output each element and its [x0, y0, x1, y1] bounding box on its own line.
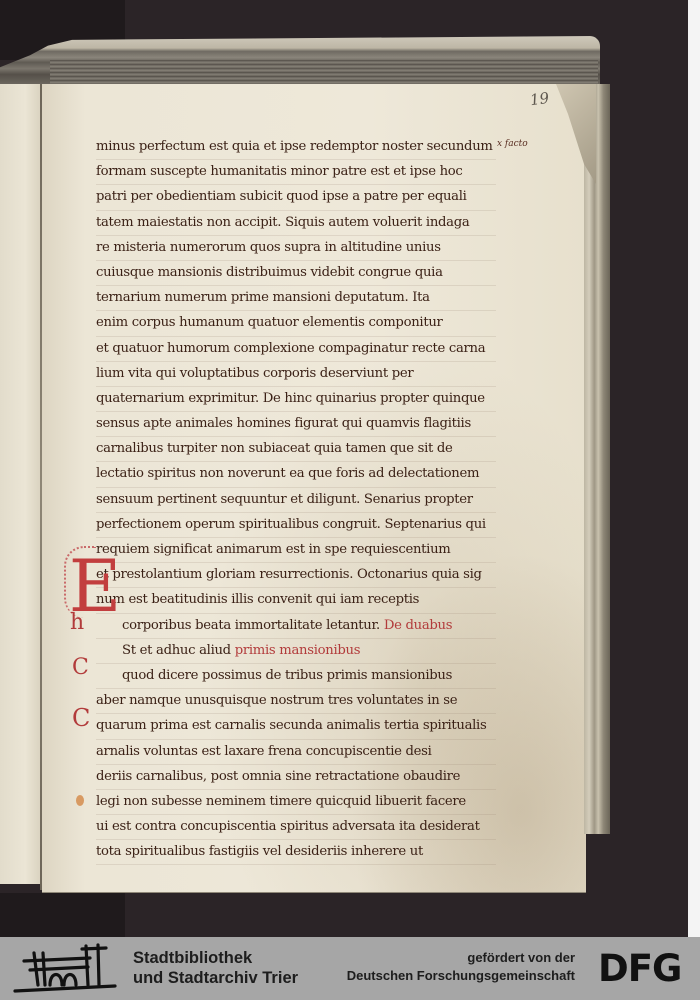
background-shadow-bottom	[0, 893, 125, 937]
library-name: Stadtbibliothek und Stadtarchiv Trier	[133, 948, 298, 988]
line-text: enim corpus humanum quatuor elementis co…	[96, 315, 443, 330]
line-text: lectatio spiritus non noverunt ea que fo…	[96, 466, 479, 481]
rubricated-initial-h: h	[70, 610, 84, 635]
manuscript-line: tatem maiestatis non accipit. Siquis aut…	[96, 211, 496, 236]
manuscript-line: tota spiritualibus fastigiis vel desider…	[96, 840, 496, 865]
book-gutter	[40, 84, 42, 890]
line-text: corporibus beata immortalitate letantur.	[122, 618, 380, 633]
initial-flourish	[64, 546, 96, 618]
manuscript-line: num est beatitudinis illis convenit qui …	[96, 588, 496, 613]
manuscript-line: sensus apte animales homines figurat qui…	[96, 412, 496, 437]
manuscript-line: enim corpus humanum quatuor elementis co…	[96, 311, 496, 336]
line-text: et prestolantium gloriam resurrectionis.…	[96, 567, 482, 582]
line-text: et quatuor humorum complexione compagina…	[96, 341, 485, 356]
line-text: perfectionem operum spiritualibus congru…	[96, 517, 486, 532]
rubric-heading: primis mansionibus	[235, 643, 360, 658]
scan-border	[688, 0, 700, 937]
line-text: aber namque unusquisque nostrum tres vol…	[96, 693, 457, 708]
page-edges	[584, 84, 610, 834]
rubricated-initial-c: C	[72, 655, 89, 680]
manuscript-text: minus perfectum est quia et ipse redempt…	[96, 135, 496, 865]
manuscript-line: aber namque unusquisque nostrum tres vol…	[96, 689, 496, 714]
line-text: arnalis voluntas est laxare frena concup…	[96, 744, 432, 759]
funding-credit: gefördert von der Deutschen Forschungsge…	[347, 949, 575, 985]
dfg-logo: DFG	[598, 949, 681, 989]
manuscript-line: arnalis voluntas est laxare frena concup…	[96, 740, 496, 765]
library-logo-icon	[10, 941, 120, 995]
manuscript-line: cuiusque mansionis distribuimus videbit …	[96, 261, 496, 286]
line-text: formam suscepte humanitatis minor patre …	[96, 164, 463, 179]
manuscript-line: quarum prima est carnalis secunda animal…	[96, 714, 496, 739]
line-text: quarum prima est carnalis secunda animal…	[96, 718, 486, 733]
marginal-note: x facto	[497, 139, 528, 149]
line-text: ternarium numerum prime mansioni deputat…	[96, 290, 430, 305]
manuscript-line: perfectionem operum spiritualibus congru…	[96, 513, 496, 538]
manuscript-line: legi non subesse neminem timere quicquid…	[96, 790, 496, 815]
funding-line1: gefördert von der	[347, 949, 575, 967]
line-text: requiem significat animarum est in spe r…	[96, 542, 450, 557]
manuscript-line: lectatio spiritus non noverunt ea que fo…	[96, 462, 496, 487]
manuscript-line: ui est contra concupiscentia spiritus ad…	[96, 815, 496, 840]
book-leaf-edges	[50, 60, 598, 84]
line-text: tota spiritualibus fastigiis vel desider…	[96, 844, 423, 859]
line-text: num est beatitudinis illis convenit qui …	[96, 592, 419, 607]
line-text: patri per obedientiam subicit quod ipse …	[96, 189, 467, 204]
manuscript-line: deriis carnalibus, post omnia sine retra…	[96, 765, 496, 790]
manuscript-line: minus perfectum est quia et ipse redempt…	[96, 135, 496, 160]
line-text: carnalibus turpiter non subiaceat quia t…	[96, 441, 453, 456]
line-text: deriis carnalibus, post omnia sine retra…	[96, 769, 460, 784]
library-name-line1: Stadtbibliothek	[133, 948, 298, 968]
line-text: ui est contra concupiscentia spiritus ad…	[96, 819, 480, 834]
line-text: quaternarium exprimitur. De hinc quinari…	[96, 391, 485, 406]
folio-number: 19	[529, 89, 550, 109]
manuscript-line: et prestolantium gloriam resurrectionis.…	[96, 563, 496, 588]
manuscript-line: carnalibus turpiter non subiaceat quia t…	[96, 437, 496, 462]
rubricated-initial-c: C	[72, 704, 90, 732]
manuscript-line: sensuum pertinent sequuntur et diligunt.…	[96, 488, 496, 513]
rubric-heading: De duabus	[384, 618, 452, 633]
manuscript-line: lium vita qui voluptatibus corporis dese…	[96, 362, 496, 387]
manuscript-line: requiem significat animarum est in spe r…	[96, 538, 496, 563]
line-text: tatem maiestatis non accipit. Siquis aut…	[96, 215, 469, 230]
page-stain	[76, 795, 84, 806]
line-text: legi non subesse neminem timere quicquid…	[96, 794, 466, 809]
line-text: minus perfectum est quia et ipse redempt…	[96, 139, 493, 154]
line-text: St et adhuc aliud	[122, 643, 231, 658]
manuscript-line: patri per obedientiam subicit quod ipse …	[96, 185, 496, 210]
line-text: sensuum pertinent sequuntur et diligunt.…	[96, 492, 473, 507]
left-page-edge	[0, 84, 42, 884]
line-text: sensus apte animales homines figurat qui…	[96, 416, 471, 431]
library-name-line2: und Stadtarchiv Trier	[133, 968, 298, 988]
manuscript-line: St et adhuc aliud primis mansionibus	[96, 639, 496, 664]
manuscript-line: quod dicere possimus de tribus primis ma…	[96, 664, 496, 689]
manuscript-line: re misteria numerorum quos supra in alti…	[96, 236, 496, 261]
manuscript-line: corporibus beata immortalitate letantur.…	[96, 614, 496, 639]
line-text: lium vita qui voluptatibus corporis dese…	[96, 366, 413, 381]
line-text: re misteria numerorum quos supra in alti…	[96, 240, 441, 255]
footer-banner: Stadtbibliothek und Stadtarchiv Trier ge…	[0, 937, 700, 1000]
funding-line2: Deutschen Forschungsgemeinschaft	[347, 967, 575, 985]
manuscript-line: ternarium numerum prime mansioni deputat…	[96, 286, 496, 311]
manuscript-line: quaternarium exprimitur. De hinc quinari…	[96, 387, 496, 412]
manuscript-line: formam suscepte humanitatis minor patre …	[96, 160, 496, 185]
line-text: cuiusque mansionis distribuimus videbit …	[96, 265, 443, 280]
line-text: quod dicere possimus de tribus primis ma…	[122, 668, 452, 683]
manuscript-line: et quatuor humorum complexione compagina…	[96, 337, 496, 362]
